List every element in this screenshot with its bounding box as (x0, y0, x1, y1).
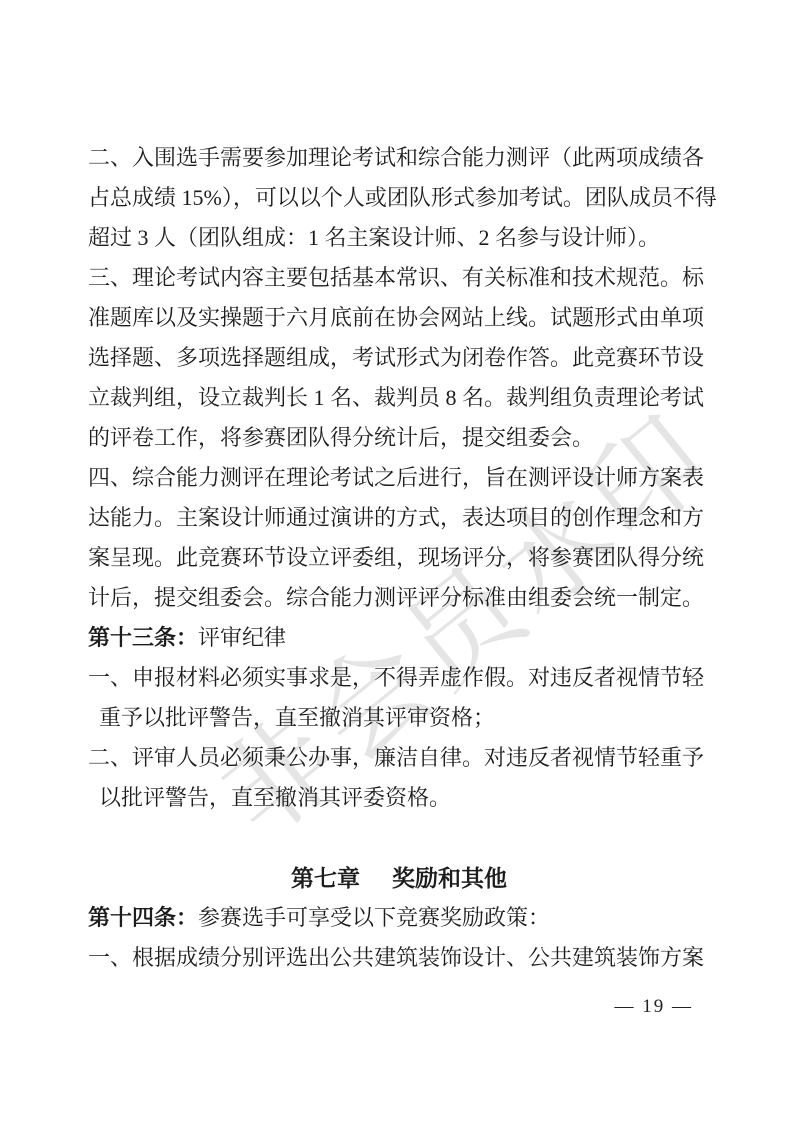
text-line: 二、评审人员必须秉公办事，廉洁自律。对违反者视情节轻重予 (88, 738, 710, 778)
text-line: 达能力。主案设计师通过演讲的方式，表达项目的创作理念和方 (88, 498, 710, 538)
chapter-7-number: 第七章 (291, 865, 360, 891)
text-line: 立裁判组，设立裁判长 1 名、裁判员 8 名。裁判组负责理论考试 (88, 378, 710, 418)
text-line: 准题库以及实操题于六月底前在协会网站上线。试题形式由单项 (88, 298, 710, 338)
text-line: 案呈现。此竞赛环节设立评委组，现场评分，将参赛团队得分统 (88, 538, 710, 578)
text-line: 以批评警告，直至撤消其评委资格。 (88, 778, 710, 818)
text-line: 一、根据成绩分别评选出公共建筑装饰设计、公共建筑装饰方案 (88, 938, 710, 978)
text-line: 超过 3 人（团队组成：1 名主案设计师、2 名参与设计师）。 (88, 218, 710, 258)
article-13-label: 第十三条： (88, 625, 198, 650)
text-line: 二、入围选手需要参加理论考试和综合能力测评（此两项成绩各 (88, 138, 710, 178)
text-line: 三、理论考试内容主要包括基本常识、有关标准和技术规范。标 (88, 258, 710, 298)
text-line: 四、综合能力测评在理论考试之后进行，旨在测评设计师方案表 (88, 458, 710, 498)
article-14-heading: 第十四条：参赛选手可享受以下竞赛奖励政策： (88, 898, 710, 938)
article-13-title: 评审纪律 (198, 625, 286, 650)
document-page: 非会员水印 二、入围选手需要参加理论考试和综合能力测评（此两项成绩各 占总成绩 … (0, 0, 793, 1122)
chapter-7-heading: 第七章奖励和其他 (88, 858, 710, 898)
page-number: — 19 — (615, 996, 694, 1018)
article-13-heading: 第十三条：评审纪律 (88, 618, 710, 658)
text-line: 选择题、多项选择题组成，考试形式为闭卷作答。此竞赛环节设 (88, 338, 710, 378)
document-body: 二、入围选手需要参加理论考试和综合能力测评（此两项成绩各 占总成绩 15%），可… (88, 138, 710, 978)
text-line: 的评卷工作，将参赛团队得分统计后，提交组委会。 (88, 418, 710, 458)
article-14-text: 参赛选手可享受以下竞赛奖励政策： (198, 905, 550, 930)
text-line: 占总成绩 15%），可以以个人或团队形式参加考试。团队成员不得 (88, 178, 710, 218)
text-line: 重予以批评警告，直至撤消其评审资格； (88, 698, 710, 738)
text-line: 计后，提交组委会。综合能力测评评分标准由组委会统一制定。 (88, 578, 710, 618)
text-line: 一、申报材料必须实事求是，不得弄虚作假。对违反者视情节轻 (88, 658, 710, 698)
chapter-7-title: 奖励和其他 (392, 865, 507, 891)
article-14-label: 第十四条： (88, 905, 198, 930)
